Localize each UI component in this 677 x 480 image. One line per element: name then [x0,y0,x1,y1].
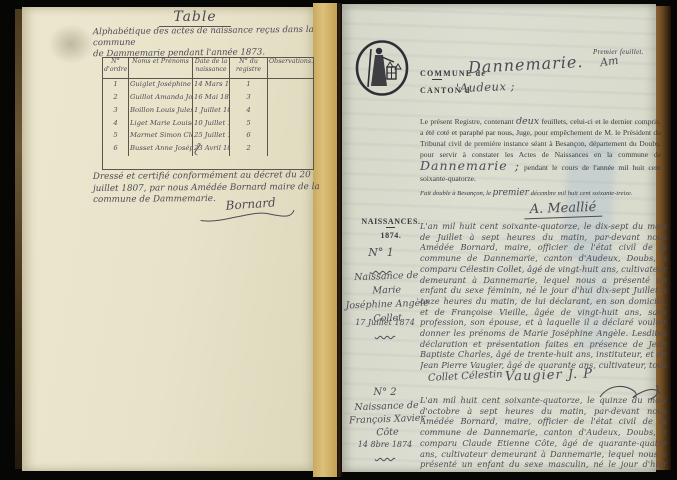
cell-observations [268,105,314,118]
col-header-noms: Noms et Prénoms [129,58,193,79]
col-header-ordre: N° d'ordre [103,58,129,79]
cell-registre: 3 [230,92,268,105]
fait-double-text: décembre mil huit cent soixante-treize. [529,190,633,197]
cell-ordre: 1 [103,79,129,92]
cell-observations [268,92,314,105]
register-commune-handwritten: Dannemarie ; [420,158,520,173]
margin-naissances-label: NAISSANCES. [361,217,421,226]
fait-double-text: Fait double à Besançon, le [420,190,493,197]
scanned-register-spread: Table Alphabétique des actes de naissanc… [0,0,677,480]
col-header-date: Date de la naissance [193,58,230,79]
cell-observations [268,130,314,143]
act2-body-text: L'an mil huit cent soixante-quatorze, le… [420,395,667,471]
cell-ordre: 4 [103,118,129,131]
cell-ordre: 5 [103,130,129,143]
cell-date: 16 Mai 1873 [193,92,230,105]
col-header-observations: Observations. [268,58,314,79]
margin-flourish [375,451,395,457]
register-text: Le présent Registre, contenant [420,117,516,126]
paper-stain [48,24,94,64]
act2-margin-number: N° 2 [360,387,410,398]
cell-nom: Busset Anne Joséphine Octavie [129,143,193,156]
col-header-registre: N° du registre [230,58,268,79]
cell-ordre: 6 [103,143,129,156]
table-row: 2 Guillot Amanda Joseph Edouard 16 Mai 1… [103,92,314,105]
cell-ordre: 3 [103,105,129,118]
table-subtitle-line1: Alphabétique des actes de naissance reçu… [93,25,325,49]
table-row: 6 Busset Anne Joséphine Octavie 23 Avril… [103,143,314,156]
cell-registre: 4 [230,105,268,118]
fait-double-date-handwritten: premier [493,188,529,198]
cell-observations [268,143,314,156]
cell-registre: 6 [230,130,268,143]
cell-nom: Marmet Simon Clément [129,130,193,143]
act2-margin-title: Naissance de François Xavier Côte [343,399,430,441]
births-index-table: N° d'ordre Noms et Prénoms Date de la na… [102,57,314,170]
table-subtitle: Alphabétique des actes de naissance reçu… [93,25,325,60]
tribunal-seal [354,39,410,102]
commune-divider [432,79,442,80]
act2-margin-date: 14 8bre 1874 [352,440,418,458]
table-title: Table [140,9,250,25]
act1-margin-number: N° 1 [356,246,406,272]
table-row: 3 Boillon Louis Jules 1 Juillet 1873 4 [103,105,314,118]
cell-observations [268,118,314,131]
cell-date: 10 Juillet 1873 [193,118,230,131]
table-header-row: N° d'ordre Noms et Prénoms Date de la na… [103,58,314,79]
cell-observations [268,79,314,92]
cell-nom: Guillot Amanda Joseph Edouard [129,92,193,105]
table-row: 1 Guiglet Joséphine Octavie 14 Mars 1873… [103,79,314,92]
margin-flourish [371,263,392,269]
cell-registre: 2 [230,143,268,156]
act1-body-text: L'an mil huit cent soixante-quatorze, le… [420,221,667,372]
act1-margin-date: 17 Juillet 1874 [350,318,420,336]
margin-year-label: 1874. [361,231,421,240]
fait-double-line: Fait double à Besançon, le premier décem… [420,188,661,198]
table-row: 5 Marmet Simon Clément 25 Juillet 1873 6 [103,130,314,143]
register-count-handwritten: deux [516,116,539,127]
cell-nom: Liget Marie Louise Joséphine [129,118,193,131]
cell-nom: Guiglet Joséphine Octavie [129,79,193,92]
cell-registre: 5 [230,118,268,131]
cell-date: 14 Mars 1873 [193,79,230,92]
register-declaration-paragraph: Le présent Registre, contenant deux feui… [420,116,661,184]
act1-signature-witness: Vaugier J. P [505,366,594,384]
table-row: 4 Liget Marie Louise Joséphine 10 Juille… [103,118,314,131]
cell-ordre: 2 [103,92,129,105]
binding-gutter [313,3,337,477]
cell-nom: Boillon Louis Jules [129,105,193,118]
margin-divider [386,227,395,228]
cell-date: 1 Juillet 1873 [193,105,230,118]
folio-paraph: Am [599,54,619,69]
margin-flourish [375,329,395,335]
cell-registre: 1 [230,79,268,92]
canton-value: 'Audeux ; [456,79,515,95]
